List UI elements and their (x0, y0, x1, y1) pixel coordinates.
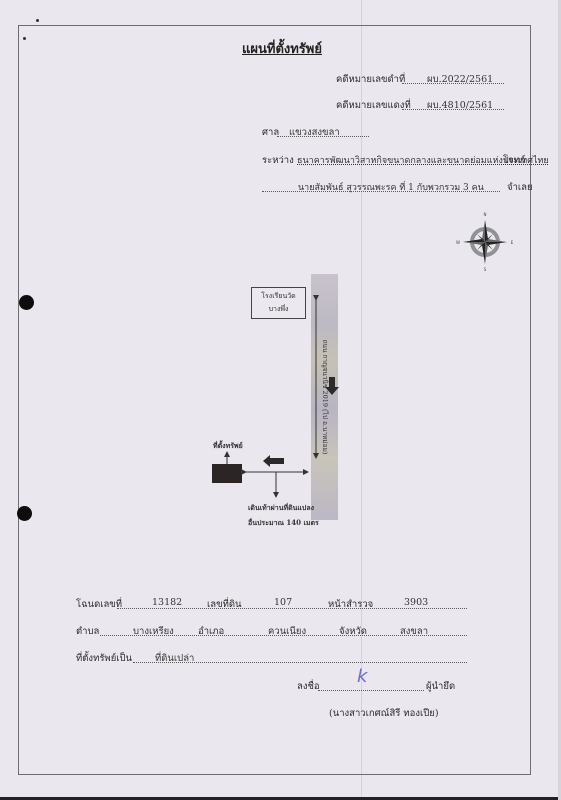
compass-s: S (484, 267, 487, 272)
signer-role: ผู้นำยึด (426, 679, 455, 694)
subdistrict-name: บางเหรียง (133, 624, 174, 639)
title-deed-label: โฉนดเลขที่ (76, 597, 122, 612)
compass-w: W (456, 240, 460, 245)
parcel-label: เลขที่ดิน (207, 597, 242, 612)
signature-mark: k (357, 666, 367, 687)
compass-icon (463, 220, 507, 264)
property-type-value: ที่ดินเปล่า (155, 651, 194, 666)
row1-line (117, 608, 467, 609)
compass-n: N (484, 212, 487, 217)
signer-name: (นางสาวเกศณ์สิรี ทองเปีย) (329, 706, 439, 721)
survey-number: 3903 (404, 597, 428, 608)
property-type-label: ที่ตั้งทรัพย์เป็น (76, 651, 132, 666)
compass-e: E (511, 240, 514, 245)
signature-line (318, 690, 424, 691)
map-drawing: N S E W (0, 0, 561, 800)
survey-label: หน้าสำรวจ (328, 597, 373, 612)
province-name: สงขลา (400, 624, 428, 639)
subdistrict-label: ตำบล (76, 624, 99, 639)
sign-label: ลงชื่อ (297, 679, 320, 694)
title-deed-number: 13182 (152, 597, 182, 608)
parcel-number: 107 (274, 597, 292, 608)
district-name: ควนเนียง (268, 624, 306, 639)
district-label: อำเภอ (198, 624, 224, 639)
province-label: จังหวัด (339, 624, 367, 639)
